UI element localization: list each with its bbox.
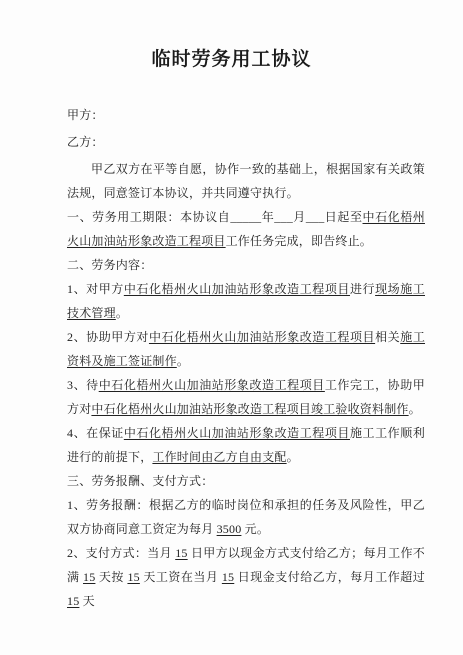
underlined-run: 3500 [217, 522, 242, 536]
pay-item-1: 1、劳务报酬：根据乙方的临时岗位和承担的任务及风险性，甲乙双方协商同意工资定为每… [67, 493, 425, 541]
clause-one-term: 一、劳务用工期限：本协议自_____年___月___日起至中石化梧州火山加油站形… [67, 205, 425, 253]
underlined-run: 15 [83, 570, 95, 584]
document-page: 临时劳务用工协议 甲方：乙方：甲乙双方在平等自愿，协作一致的基础上，根据国家有关… [0, 0, 463, 655]
underlined-run: 15 [127, 570, 139, 584]
pay-item-2: 2、支付方式：当月 15 日甲方以现金方式支付给乙方；每月工作不满 15 天按 … [67, 541, 425, 613]
text-run: 工作任务完成，即告终止。 [226, 234, 372, 248]
content-item-2: 2、协助甲方对中石化梧州火山加油站形象改造工程项目相关施工资料及施工签证制作。 [67, 325, 425, 373]
intro-paragraph: 甲乙双方在平等自愿，协作一致的基础上，根据国家有关政策法规，同意签订本协议，并共… [67, 157, 425, 205]
clause-three-heading: 三、劳务报酬、支付方式： [67, 469, 425, 493]
text-run: 3、待 [67, 378, 99, 392]
text-run: 进行 [350, 282, 375, 296]
underlined-run: 15 [222, 570, 234, 584]
document-body: 甲方：乙方：甲乙双方在平等自愿，协作一致的基础上，根据国家有关政策法规，同意签订… [67, 103, 425, 613]
text-run: 甲方： [67, 108, 104, 122]
text-run: 天工资在当月 [140, 570, 222, 584]
underlined-run: 中石化梧州火山加油站形象改造工程项目 [124, 282, 350, 296]
content-item-3: 3、待中石化梧州火山加油站形象改造工程项目工作完工，协助甲方对中石化梧州火山加油… [67, 373, 425, 421]
text-run: 。 [116, 306, 128, 320]
text-run: 天按 [95, 570, 127, 584]
text-run: 一、劳务用工期限：本协议自_____年___月___日起至 [67, 210, 363, 224]
text-run: 天 [79, 594, 94, 608]
text-run: 三、劳务报酬、支付方式： [67, 474, 213, 488]
text-run: 日现金支付给乙方，每月工作超过 [234, 570, 425, 584]
content-item-4: 4、在保证中石化梧州火山加油站形象改造工程项目施工工作顺利进行的前提下，工作时间… [67, 421, 425, 469]
underlined-run: 中石化梧州火山加油站形象改造工程项目 [149, 330, 375, 344]
text-run: 2、协助甲方对 [67, 330, 149, 344]
party-a-line: 甲方： [67, 103, 425, 127]
document-title: 临时劳务用工协议 [0, 0, 463, 73]
underlined-run: 15 [175, 546, 187, 560]
underlined-run: 中石化梧州火山加油站形象改造工程项目 [99, 378, 325, 392]
text-run: 乙方： [67, 135, 104, 149]
text-run: 1、对甲方 [67, 282, 124, 296]
underlined-run: 中石化梧州火山加油站形象改造工程项目竣工验收资料制作 [91, 402, 408, 416]
text-run: 元。 [241, 522, 269, 536]
underlined-run: 中石化梧州火山加油站形象改造工程项目 [124, 426, 350, 440]
text-run: 。 [287, 450, 299, 464]
party-b-line: 乙方： [67, 130, 425, 154]
clause-two-heading: 二、劳务内容： [67, 253, 425, 277]
underlined-run: 工作时间由乙方自由支配 [152, 450, 286, 464]
text-run: 4、在保证 [67, 426, 124, 440]
text-run: 二、劳务内容： [67, 258, 152, 272]
text-run: 相关 [375, 330, 400, 344]
text-run: 。 [409, 402, 421, 416]
text-run: 。 [177, 354, 189, 368]
text-run: 甲乙双方在平等自愿，协作一致的基础上，根据国家有关政策法规，同意签订本协议，并共… [67, 162, 425, 200]
text-run: 2、支付方式：当月 [67, 546, 175, 560]
underlined-run: 15 [67, 594, 79, 608]
content-item-1: 1、对甲方中石化梧州火山加油站形象改造工程项目进行现场施工技术管理。 [67, 277, 425, 325]
